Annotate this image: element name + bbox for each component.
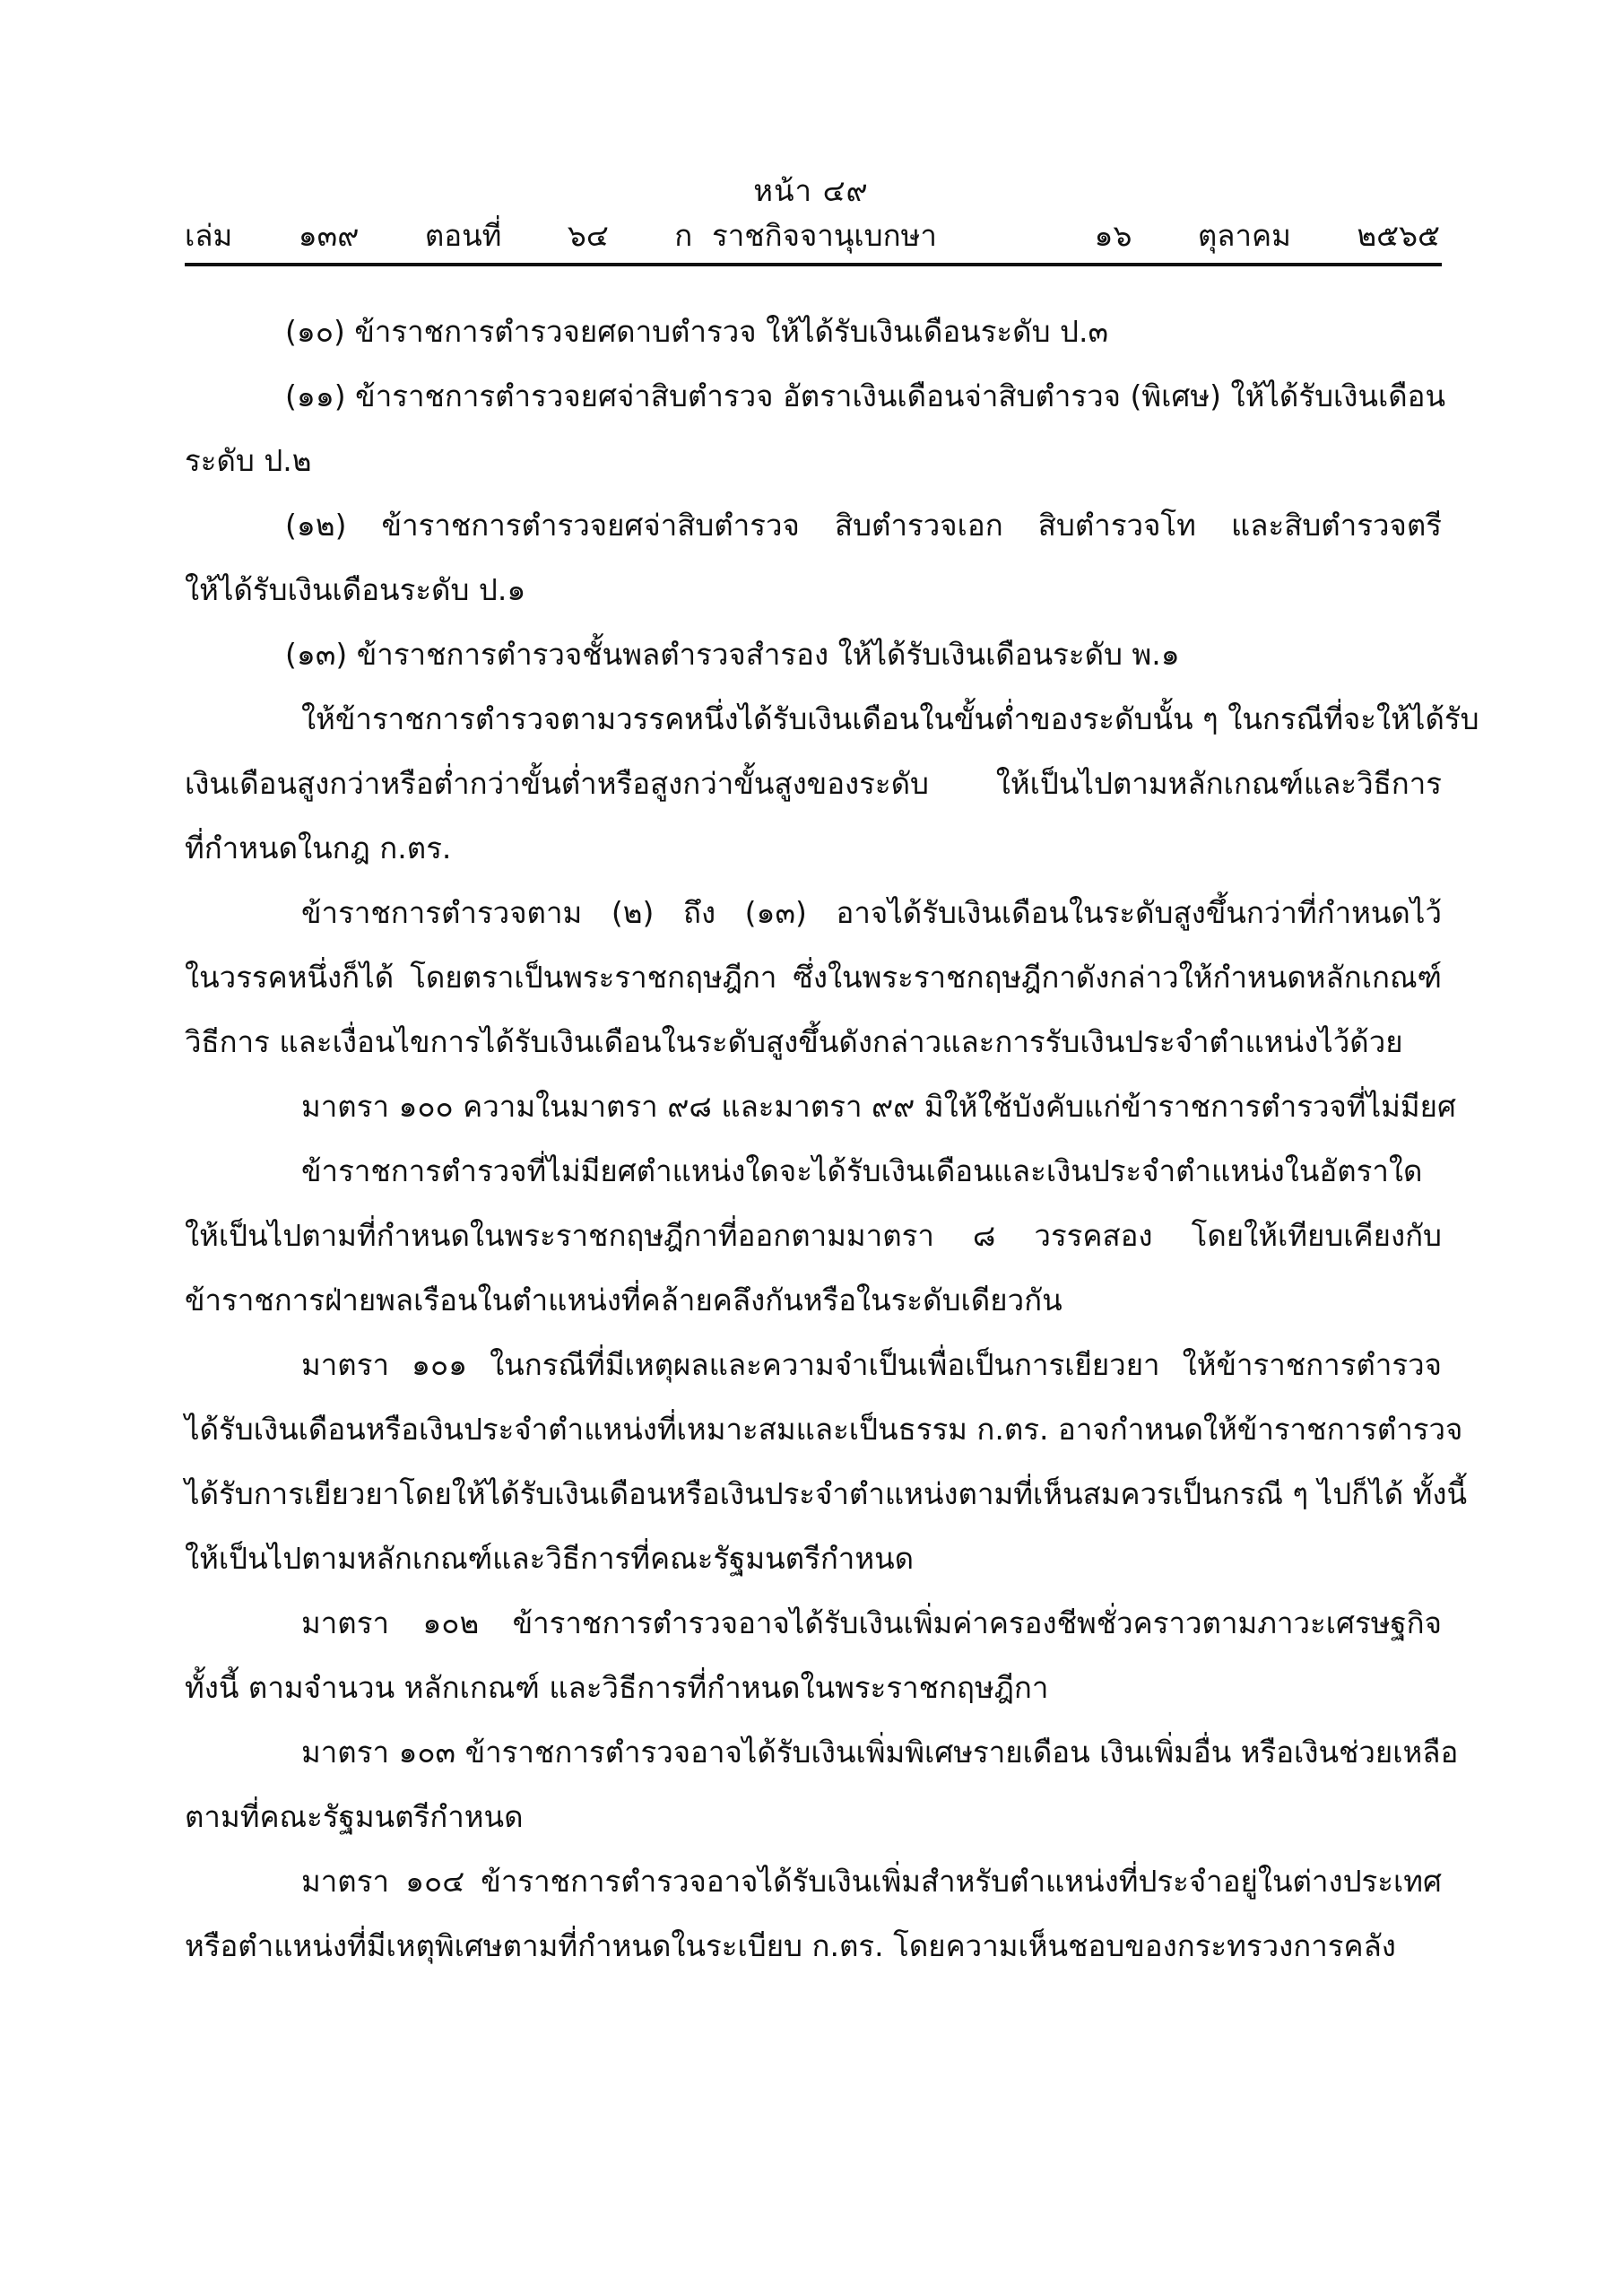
publication-title: ราชกิจจานุเบกษา: [712, 212, 937, 259]
gazette-header: เล่ม ๑๓๙ ตอนที่ ๖๔ ก ราชกิจจานุเบกษา ๑๖ …: [185, 212, 1440, 257]
text-line: (๑๒) ข้าราชการตำรวจยศจ่าสิบตำรวจ สิบตำรว…: [285, 499, 1442, 552]
text-line: ทั้งนี้ ตามจำนวน หลักเกณฑ์ และวิธีการที่…: [185, 1661, 1048, 1715]
text-line: ให้เป็นไปตามที่กำหนดในพระราชกฤษฎีกาที่ออ…: [185, 1209, 1442, 1263]
text-line: ข้าราชการตำรวจที่ไม่มียศตำแหน่งใดจะได้รั…: [301, 1144, 1442, 1198]
publication-date: ๑๖ ตุลาคม ๒๕๖๕: [1095, 212, 1441, 259]
text-line: (๑๓) ข้าราชการตำรวจชั้นพลตำรวจสำรอง ให้ไ…: [285, 628, 1180, 682]
text-line: ตามที่คณะรัฐมนตรีกำหนด: [185, 1790, 524, 1844]
text-line: มาตรา ๑๐๓ ข้าราชการตำรวจอาจได้รับเงินเพิ…: [301, 1726, 1442, 1779]
document-page: หน้า ๔๙ เล่ม ๑๓๙ ตอนที่ ๖๔ ก ราชกิจจานุเ…: [0, 0, 1622, 2296]
text-line: เงินเดือนสูงกว่าหรือต่ำกว่าขั้นต่ำหรือสู…: [185, 757, 1442, 811]
text-line: ในวรรคหนึ่งก็ได้ โดยตราเป็นพระราชกฤษฎีกา…: [185, 951, 1442, 1004]
text-line: ข้าราชการฝ่ายพลเรือนในตำแหน่งที่คล้ายคลึ…: [185, 1274, 1063, 1327]
text-line: ระดับ ป.๒: [185, 434, 312, 488]
volume-issue: เล่ม ๑๓๙ ตอนที่ ๖๔ ก: [185, 212, 692, 259]
text-line: ให้ได้รับเงินเดือนระดับ ป.๑: [185, 563, 525, 617]
text-line: มาตรา ๑๐๐ ความในมาตรา ๙๘ และมาตรา ๙๙ มิใ…: [301, 1080, 1442, 1134]
text-line: ข้าราชการตำรวจตาม (๒) ถึง (๑๓) อาจได้รับ…: [301, 886, 1442, 940]
text-line: ได้รับการเยียวยาโดยให้ได้รับเงินเดือนหรื…: [185, 1467, 1442, 1521]
text-line: มาตรา ๑๐๔ ข้าราชการตำรวจอาจได้รับเงินเพิ…: [301, 1855, 1442, 1909]
text-line: หรือตำแหน่งที่มีเหตุพิเศษตามที่กำหนดในระ…: [185, 1919, 1396, 1973]
text-line: ได้รับเงินเดือนหรือเงินประจำตำแหน่งที่เห…: [185, 1403, 1442, 1457]
text-line: วิธีการ และเงื่อนไขการได้รับเงินเดือนในร…: [185, 1015, 1403, 1069]
header-divider: [185, 263, 1442, 266]
text-line: ให้ข้าราชการตำรวจตามวรรคหนึ่งได้รับเงินเ…: [301, 692, 1442, 746]
text-line: ให้เป็นไปตามหลักเกณฑ์และวิธีการที่คณะรัฐ…: [185, 1532, 914, 1586]
text-line: (๑๑) ข้าราชการตำรวจยศจ่าสิบตำรวจ อัตราเง…: [285, 370, 1442, 423]
text-line: ที่กำหนดในกฎ ก.ตร.: [185, 822, 451, 875]
text-line: มาตรา ๑๐๑ ในกรณีที่มีเหตุผลและความจำเป็น…: [301, 1338, 1442, 1392]
text-line: (๑๐) ข้าราชการตำรวจยศดาบตำรวจ ให้ได้รับเ…: [285, 305, 1108, 359]
page-number: หน้า ๔๙: [0, 167, 1622, 214]
text-line: มาตรา ๑๐๒ ข้าราชการตำรวจอาจได้รับเงินเพิ…: [301, 1596, 1442, 1650]
